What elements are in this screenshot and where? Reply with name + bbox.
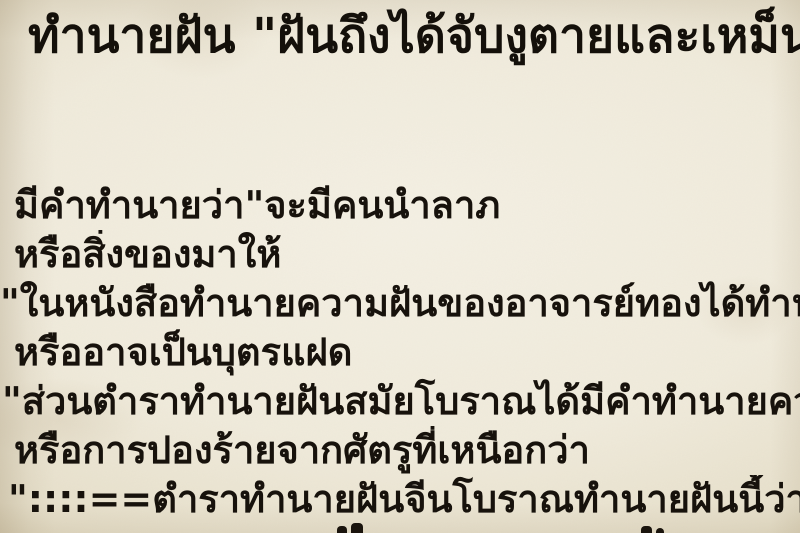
text-line-3: "ในหนังสือทำนายความฝันของอาจารย์ทองได้ทำ… [0,279,800,328]
text-line-6: หรือการปองร้ายจากศัตรูที่เหนือกว่า [0,426,800,475]
text-line-5: "ส่วนตำราทำนายฝันสมัยโบราณได้มีคำทำนายคว… [0,377,800,426]
page-title: ทำนายฝัน "ฝันถึงได้จับงูตายและเหม็นเน่า" [28,2,800,70]
aged-paper-page: ทำนายฝัน "ฝันถึงได้จับงูตายและเหม็นเน่า"… [0,0,800,533]
clipped-text-fragment [351,523,363,533]
text-line-1: มีคำทำนายว่า"จะมีคนนำลาภ [0,181,800,230]
clipped-text-fragment [656,528,664,533]
text-line-4: หรืออาจเป็นบุตรแฝด [0,328,800,377]
clipped-text-fragment [641,526,652,533]
clipped-text-fragment [337,526,347,533]
text-line-2: หรือสิ่งของมาให้ [0,230,800,279]
text-line-7: "::::==ตำราทำนายฝันจีนโบราณทำนายฝันนี้ว่… [0,475,800,524]
dream-interpretation-text: มีคำทำนายว่า"จะมีคนนำลาภ หรือสิ่งของมาให… [0,181,800,524]
